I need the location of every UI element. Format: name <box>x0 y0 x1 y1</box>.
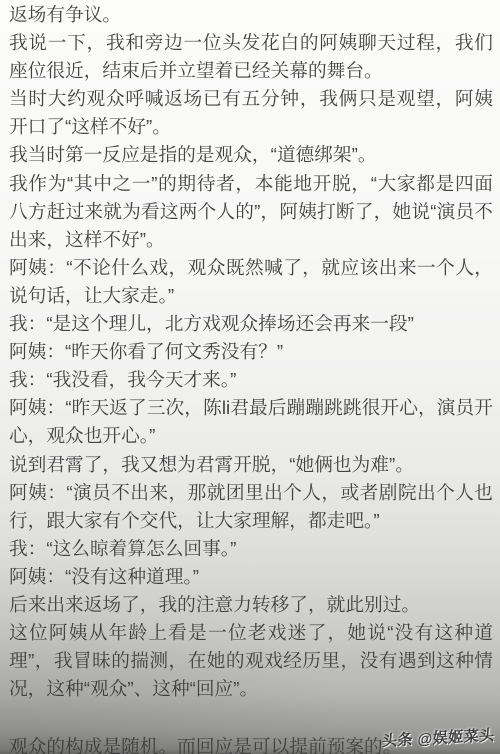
paragraph: 阿姨：“演员不出来，那就团里出个人，或者剧院出个人也行，跟大家有个交代，让大家理… <box>9 479 493 535</box>
paragraph: 返场有争议。 <box>9 1 493 29</box>
paragraph: 当时大约观众呼喊返场已有五分钟，我俩只是观望，阿姨开口了“这样不好”。 <box>9 85 493 141</box>
paragraph: 我：“是这个理儿，北方戏观众捧场还会再来一段” <box>9 310 493 338</box>
paragraph: 阿姨：“没有这种道理。” <box>9 563 493 591</box>
post-text: 返场有争议。 我说一下，我和旁边一位头发花白的阿姨聊天过程，我们座位很近，结束后… <box>9 1 493 754</box>
paragraph: 阿姨：“不论什么戏，观众既然喊了，就应该出来一个人，说句话，让大家走。” <box>9 254 493 310</box>
paragraph: 我：“这么晾着算怎么回事。” <box>9 535 493 563</box>
paragraph: 我作为“其中之一”的期待者，本能地开脱，“大家都是四面八方赶过来就为看这两个人的… <box>9 170 493 254</box>
paragraph: 我：“我没看，我今天才来。” <box>9 366 493 394</box>
post-screenshot: 返场有争议。 我说一下，我和旁边一位头发花白的阿姨聊天过程，我们座位很近，结束后… <box>0 0 500 754</box>
paragraph: 阿姨：“昨天你看了何文秀没有？” <box>9 338 493 366</box>
paragraph: 后来出来返场了，我的注意力转移了，就此别过。 <box>9 591 493 619</box>
paragraph: 我说一下，我和旁边一位头发花白的阿姨聊天过程，我们座位很近，结束后并立望着已经关… <box>9 29 493 85</box>
paragraph: 这位阿姨从年龄上看是一位老戏迷了，她说“没有这种道理”，我冒昧的揣测，在她的观戏… <box>9 619 493 703</box>
paragraph: 说到君霄了，我又想为君霄开脱，“她俩也为难”。 <box>9 451 493 479</box>
paragraph: 阿姨：“昨天返了三次，陈li君最后蹦蹦跳跳很开心，演员开心，观众也开心。” <box>9 394 493 450</box>
paragraph: 我当时第一反应是指的是观众，“道德绑架”。 <box>9 141 493 169</box>
